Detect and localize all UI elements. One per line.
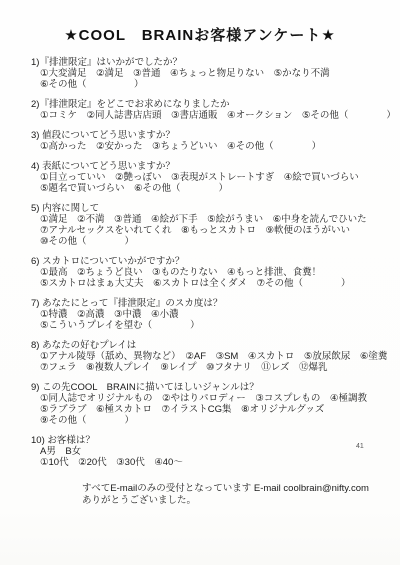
page-title: ★COOL BRAINお客様アンケート★ — [0, 0, 400, 45]
question-3: 3) 値段についてどう思いますか？ ①高かった ②安かった ③ちょうどいい ④そ… — [31, 130, 378, 152]
question-5-options-line-2: ⑦アナルセックスをいれてくれ ⑧もっとスカトロ ⑨軟便のほうがいい — [40, 225, 378, 236]
question-4: 4) 表紙についてどう思いますか？ ①目立っていい ②艶っぽい ③表現がストレー… — [31, 161, 378, 194]
question-10-options-line-2: ①10代 ②20代 ③30代 ④40～ — [40, 457, 378, 468]
question-9-options-line-2: ⑤ラブラブ ⑥極スカトロ ⑦イラストCG集 ⑧オリジナルグッズ — [40, 404, 378, 415]
question-9-options-line-3: ⑨その他（ ） — [40, 415, 378, 426]
question-9-options-line-1: ①同人誌でオリジナルもの ②やはりパロディー ③コスプレもの ④極調教 — [40, 393, 378, 404]
question-6-options-line-2: ⑤スカトロはまぁ大丈夫 ⑥スカトロは全くダメ ⑦その他（ ） — [40, 278, 378, 289]
question-8: 8) あなたの好むプレイは ①アナル陵辱（舐め、異物など） ②AF ③SM ④ス… — [31, 340, 378, 373]
question-3-options-line-1: ①高かった ②安かった ③ちょうどいい ④その他（ ） — [40, 141, 378, 152]
question-4-options-line-1: ①目立っていい ②艶っぽい ③表現がストレートすぎ ④絵で買いづらい — [40, 172, 378, 183]
question-3-header: 3) 値段についてどう思いますか？ — [31, 130, 378, 141]
footer: すべてE-mailのみの受付となっています E-mail coolbrain@n… — [82, 483, 400, 507]
footer-contact-line: すべてE-mailのみの受付となっています E-mail coolbrain@n… — [82, 483, 400, 495]
question-2-options-line-1: ①コミケ ②同人誌書店店頭 ③書店通販 ④オークション ⑤その他（ ） — [40, 110, 378, 121]
question-5-header: 5) 内容に関して — [31, 203, 378, 214]
question-6-options-line-1: ①最高 ②ちょうど良い ③ものたりない ④もっと排泄、食糞！ — [40, 267, 378, 278]
question-6-header: 6) スカトロについていかがですか？ — [31, 256, 378, 267]
question-7-options-line-1: ①特濃 ②高濃 ③中濃 ④小濃 — [40, 309, 378, 320]
questionnaire-page: ★COOL BRAINお客様アンケート★ 1)『排泄限定』はいかがでしたか？ ①… — [0, 0, 400, 565]
question-9: 9) この先COOL BRAINに描いてほしいジャンルは？ ①同人誌でオリジナル… — [31, 382, 378, 426]
question-6: 6) スカトロについていかがですか？ ①最高 ②ちょうど良い ③ものたりない ④… — [31, 256, 378, 289]
question-5-options-line-1: ①満足 ②不満 ③普通 ④絵が下手 ⑤絵がうまい ⑥中身を読んでひいた — [40, 214, 378, 225]
question-2: 2)『排泄限定』をどこでお求めになりましたか ①コミケ ②同人誌書店店頭 ③書店… — [31, 99, 378, 121]
question-10: 10) お客様は？ A男 B女 ①10代 ②20代 ③30代 ④40～ — [31, 435, 378, 468]
question-4-options-line-2: ⑤題名で買いづらい ⑥その他（ ） — [40, 183, 378, 194]
question-list: 1)『排泄限定』はいかがでしたか？ ①大変満足 ②満足 ③普通 ④ちょっと物足り… — [31, 57, 378, 468]
question-5: 5) 内容に関して ①満足 ②不満 ③普通 ④絵が下手 ⑤絵がうまい ⑥中身を読… — [31, 203, 378, 247]
question-7: 7) あなたにとって『排泄限定』のスカ度は？ ①特濃 ②高濃 ③中濃 ④小濃 ⑤… — [31, 298, 378, 331]
question-1-options-line-1: ①大変満足 ②満足 ③普通 ④ちょっと物足りない ⑤かなり不満 — [40, 68, 378, 79]
question-5-options-line-3: ⑩その他（ ） — [40, 236, 378, 247]
question-8-options-line-2: ⑦フェラ ⑧複数人プレイ ⑨レイプ ⑩フタナリ ⑪レズ ⑫爆乳 — [40, 362, 378, 373]
question-1: 1)『排泄限定』はいかがでしたか？ ①大変満足 ②満足 ③普通 ④ちょっと物足り… — [31, 57, 378, 90]
question-7-options-line-2: ⑤こういうプレイを望む（ ） — [40, 320, 378, 331]
question-8-options-line-1: ①アナル陵辱（舐め、異物など） ②AF ③SM ④スカトロ ⑤放尿飲尿 ⑥塗糞 — [40, 351, 378, 362]
page-number: 41 — [356, 443, 364, 450]
question-1-options-line-2: ⑥その他（ ） — [40, 79, 378, 90]
question-7-header: 7) あなたにとって『排泄限定』のスカ度は？ — [31, 298, 378, 309]
question-8-header: 8) あなたの好むプレイは — [31, 340, 378, 351]
question-4-header: 4) 表紙についてどう思いますか？ — [31, 161, 378, 172]
question-10-header: 10) お客様は？ — [31, 435, 378, 446]
footer-thanks-line: ありがとうございました。 — [82, 495, 400, 507]
question-2-header: 2)『排泄限定』をどこでお求めになりましたか — [31, 99, 378, 110]
question-10-options-line-1: A男 B女 — [40, 446, 378, 457]
question-1-header: 1)『排泄限定』はいかがでしたか？ — [31, 57, 378, 68]
question-9-header: 9) この先COOL BRAINに描いてほしいジャンルは？ — [31, 382, 378, 393]
